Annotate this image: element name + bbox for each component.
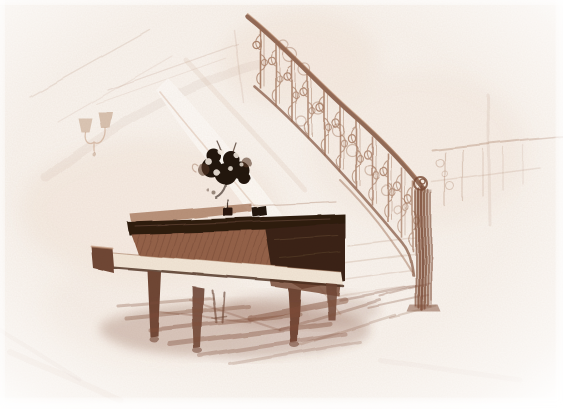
edge-vignette — [0, 0, 563, 409]
sketch-piano-and-staircase — [0, 0, 563, 409]
artwork-canvas — [0, 0, 563, 409]
